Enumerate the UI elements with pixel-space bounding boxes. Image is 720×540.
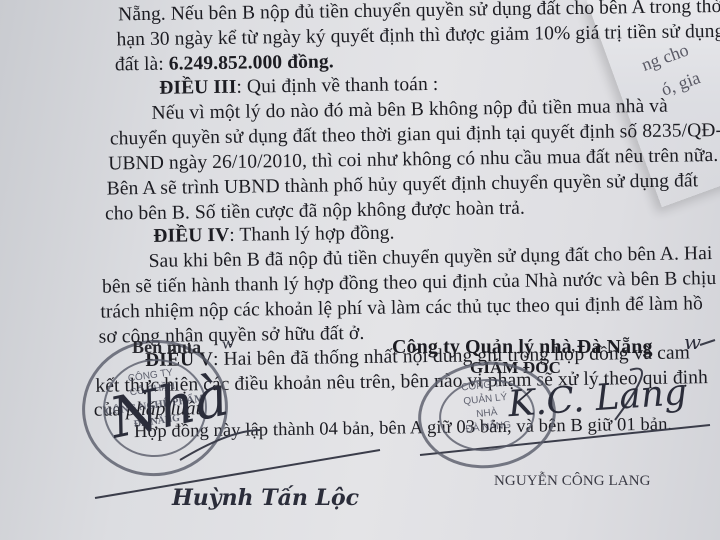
buyer-name: Huỳnh Tấn Lộc xyxy=(172,485,359,511)
signature-strokes xyxy=(0,0,720,540)
initials: w xyxy=(684,330,701,354)
seller-org: Công ty Quản lý nhà Đà Nẵng xyxy=(392,336,653,359)
seller-name: NGUYỄN CÔNG LANG xyxy=(494,473,651,490)
